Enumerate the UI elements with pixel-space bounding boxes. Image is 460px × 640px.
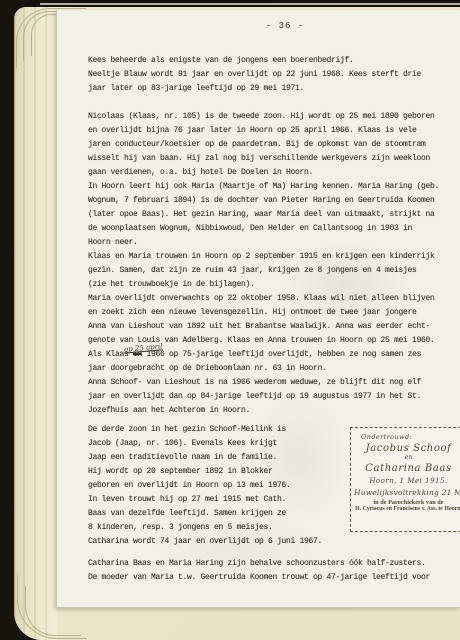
text-line: (zie het trouwboekje in de bijlagen). (88, 278, 454, 292)
text-line: Neeltje Blauw wordt 91 jaar en overlijdt… (88, 68, 454, 82)
text-line: Kees beheerde als enigste van de jongens… (88, 54, 454, 68)
text-line: Hoorn neer. (88, 236, 454, 250)
text-line: en overlijdt bijna 76 jaar later in Hoor… (88, 124, 454, 138)
page-number: - 36 - (250, 21, 320, 31)
card-church-line-2: H. Cyriacus en Franciscus v. Ass. te Hoo… (354, 506, 460, 512)
text-line: jaar doorgebracht op de Drieboomlaan nr.… (88, 362, 454, 376)
text-line: In Hoorn leert hij ook Maria (Maartje of… (88, 180, 454, 194)
section-kees-intro: Kees beheerde als enigste van de jongens… (88, 54, 454, 96)
section-closing: Catharina Baas en Maria Haring zijn beha… (88, 557, 454, 585)
text-line: jaar later op 83-jarige leeftijd op 29 m… (88, 82, 454, 96)
text-line: Catharina Baas en Maria Haring zijn beha… (88, 557, 454, 571)
card-conjunction: en (354, 454, 460, 461)
text-line: jaren conducteur/koetsier op de paardetr… (88, 138, 454, 152)
text-line: jaar en overlijdt dan op 84-jarige leeft… (88, 390, 454, 404)
text-line: Anna van Lieshout van 1892 uit het Braba… (88, 320, 454, 334)
text-line: Wognum, 7 februari 1894) is de dochter v… (88, 194, 454, 208)
text-line: en zoekt zich een nieuwe levensgezellin.… (88, 306, 454, 320)
text-line: Klaas en Maria trouwen in Hoorn op 2 sep… (88, 250, 454, 264)
card-header: Ondertrouwd: (361, 433, 460, 441)
text-line: wisselt hij van baan. Hij zal nog bij ve… (88, 152, 454, 166)
text-line: Catharina wordt 74 jaar en overlijdt op … (88, 535, 454, 549)
text-line: Jozefhuis aan het Achterom in Hoorn. (88, 404, 454, 418)
wedding-announcement-card: Ondertrouwd: Jacobus Schoof en Catharina… (350, 427, 460, 532)
text-line: gezin. Samen, dat zijn ze ruim 43 jaar, … (88, 264, 454, 278)
scan-edge-highlight (40, 3, 460, 5)
section-nicolaas-klaas: Nicolaas (Klaas, nr. 105) is de tweede z… (88, 110, 454, 418)
text-line: Maria overlijdt onverwachts op 22 oktobe… (88, 292, 454, 306)
text-line: gaan verdienen, o.a. bij hotel De Doelen… (88, 166, 454, 180)
card-ceremony-line: Huwelijksvoltrekking 21 Mei a.s. (354, 488, 460, 497)
line-segment: 1966 op 75-jarige leeftijd overlijdt, he… (142, 350, 421, 359)
stacked-page-edges (14, 7, 58, 640)
card-bride-name: Catharina Baas (354, 463, 460, 474)
scanned-book-page: { "page_number": "- 36 -", "colors": { "… (0, 0, 460, 640)
text-line: De moeder van Maria t.w. Geertruida Koom… (88, 571, 454, 585)
text-line: (later opoe Baas). Het gezin Haring, waa… (88, 208, 454, 222)
text-line: Nicolaas (Klaas, nr. 105) is de tweede z… (88, 110, 454, 124)
text-line: op 25 aprilAls Klaas in 1966 op 75-jarig… (88, 348, 454, 362)
text-line: de woonplaatsen Wognum, Nibbixwoud, Den … (88, 222, 454, 236)
text-line: Anna Schoof- van Lieshout is na 1966 wed… (88, 376, 454, 390)
card-place-date: Hoorn, 1 Mei 1915. (354, 477, 460, 485)
card-church-line-1: in de Parochiekerk van de (354, 499, 460, 506)
